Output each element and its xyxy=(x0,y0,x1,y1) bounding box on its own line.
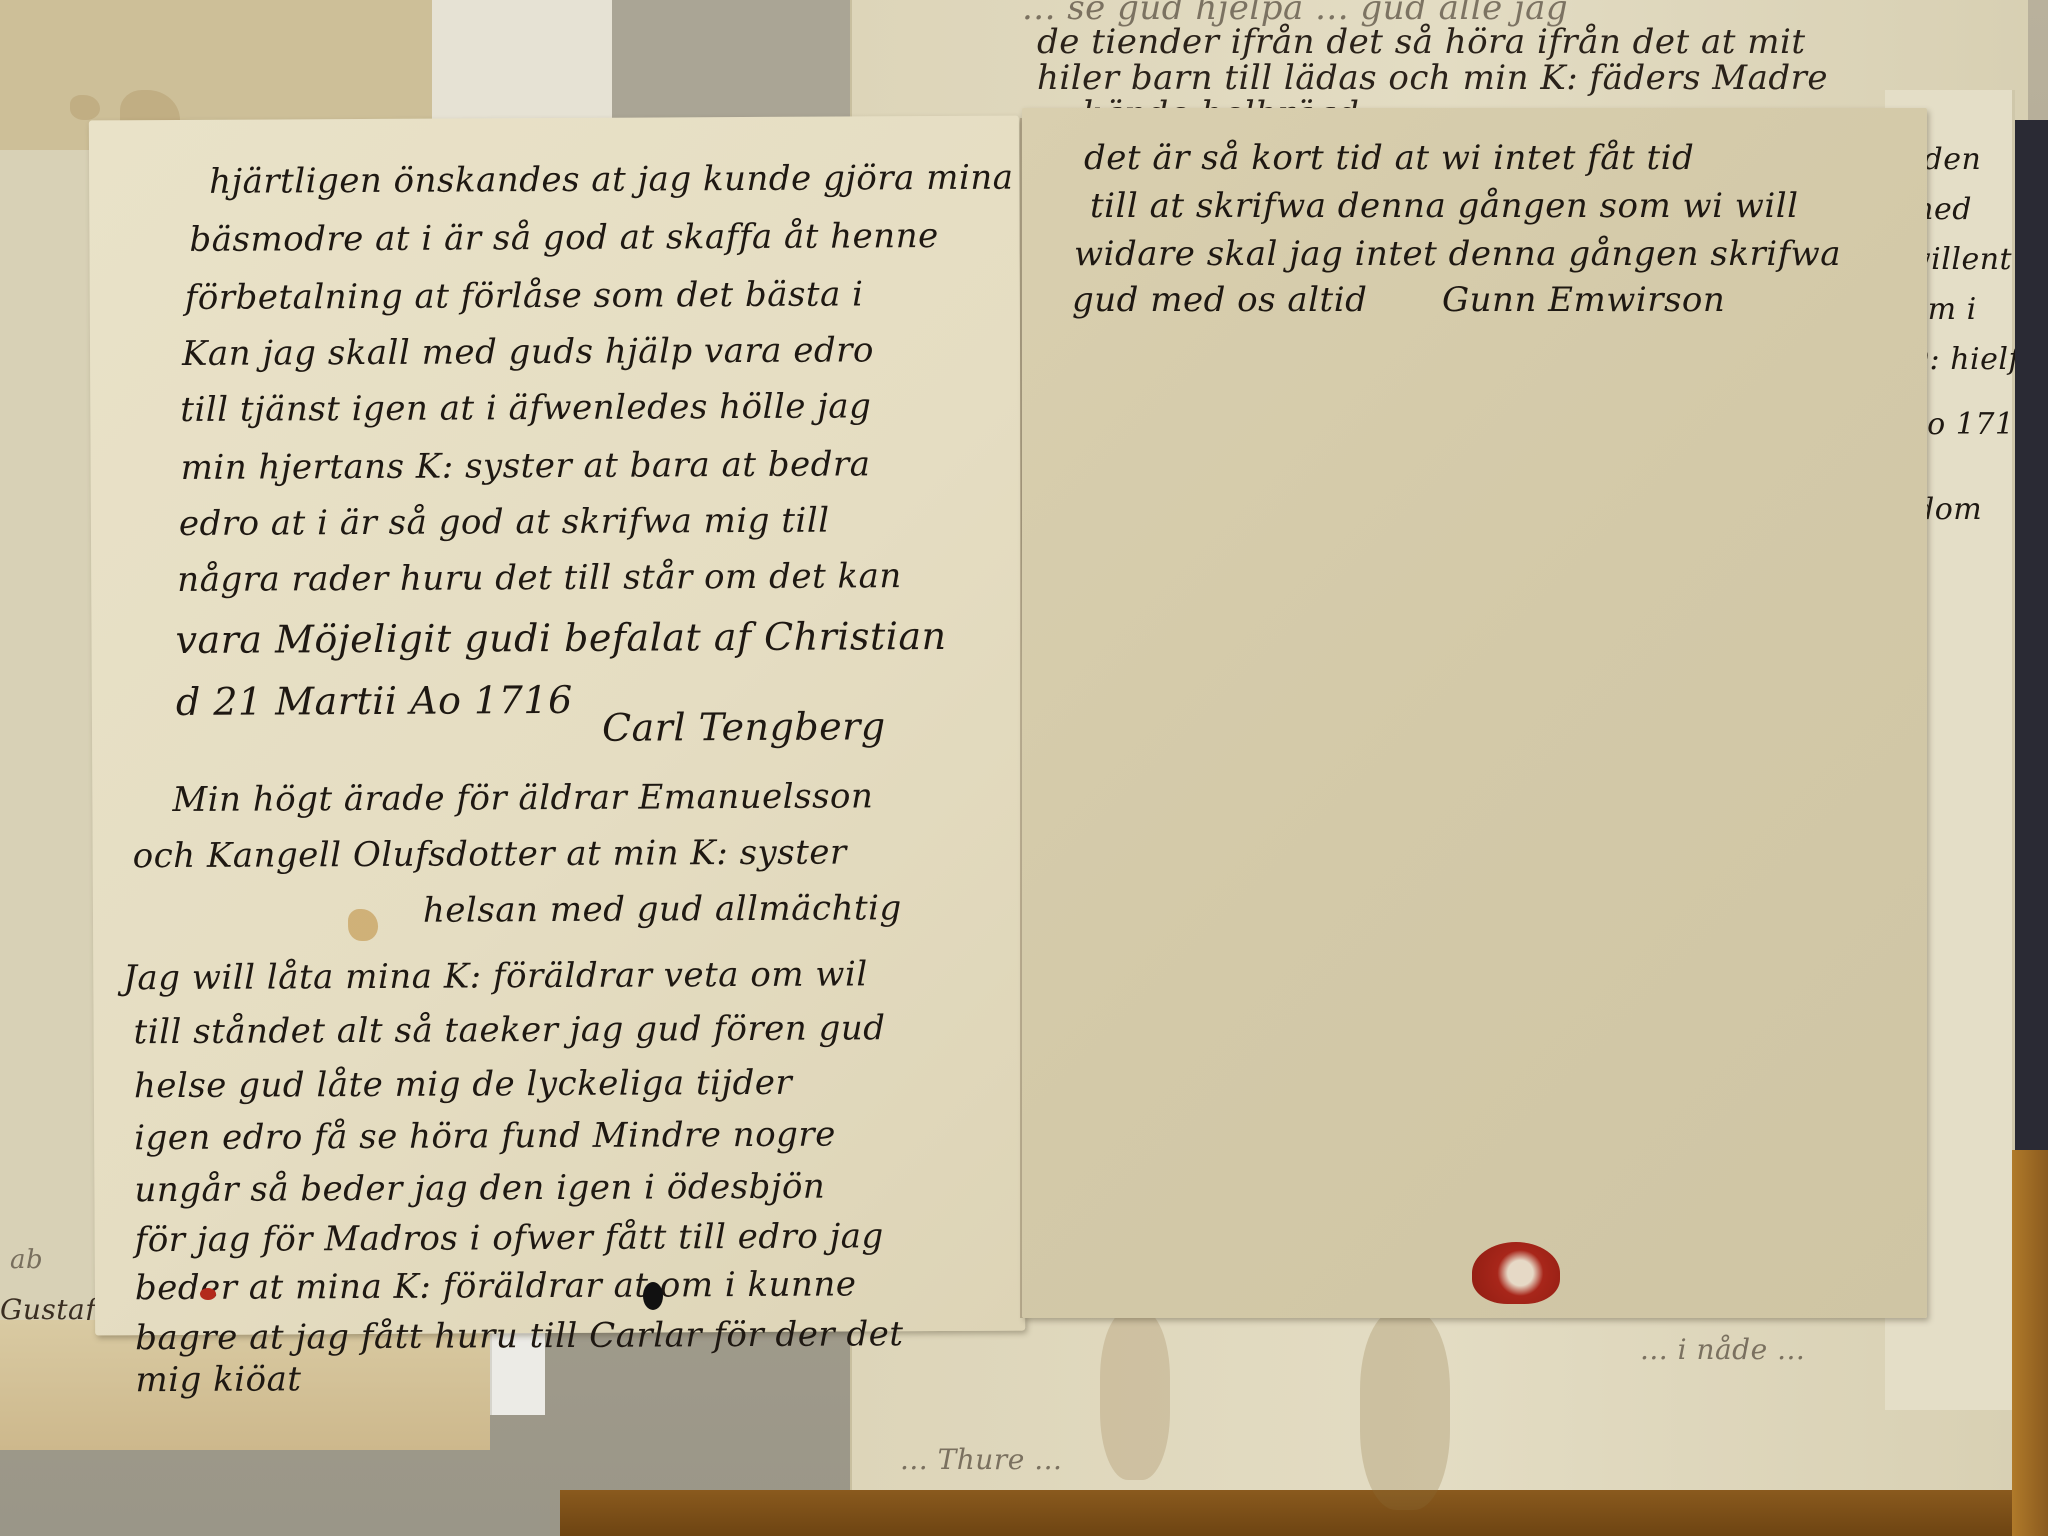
letter-line: några rader huru det till står om det ka… xyxy=(177,556,902,600)
letter-left-page: hjärtligen önskandes at jag kunde gjöra … xyxy=(89,116,1025,1336)
letter-line: igen edro få se höra fund Mindre nogre xyxy=(134,1115,836,1159)
letter-line: bäsmodre at i är så god at skaffa åt hen… xyxy=(189,216,938,260)
letter-line: gud med os altid xyxy=(1072,280,1367,320)
letter-line: Jag will låta mina K: föräldrar veta om … xyxy=(123,954,868,998)
background-gap xyxy=(612,0,852,125)
underlying-line: hiler barn till lädas och min K: fäders … xyxy=(1037,58,1828,98)
dark-background-edge xyxy=(2015,120,2048,1170)
address-line: och Kangell Olufsdotter at min K: syster xyxy=(133,832,847,876)
address-line: Min högt ärade för äldrar Emanuelsson xyxy=(172,776,873,820)
signature: Gunn Emwirson xyxy=(1442,280,1725,320)
red-wax-seal xyxy=(1472,1242,1560,1304)
letter-line: mig kiöat xyxy=(135,1359,301,1400)
underlying-faint-text: ... i nåde ... xyxy=(1640,1330,1805,1370)
underlying-faint-text: ... Thure ... xyxy=(900,1440,1062,1480)
letter-line: till tjänst igen at i äfwenledes hölle j… xyxy=(180,386,871,430)
letter-line: det är så kort tid at wi intet fåt tid xyxy=(1084,138,1694,178)
signature: Carl Tengberg xyxy=(602,706,886,747)
address-line: helsan med gud allmächtig xyxy=(423,888,902,931)
letter-line: bagre at jag fått huru till Carlar för d… xyxy=(135,1314,903,1358)
letter-line: min hjertans K: syster at bara at bedra xyxy=(181,444,871,488)
letter-line: förbetalning at förlåse som det bästa i xyxy=(185,274,864,318)
letter-line: till at skrifwa denna gången som wi will xyxy=(1090,186,1799,226)
wooden-table-edge-right xyxy=(2012,1150,2048,1536)
letter-line: helse gud låte mig de lyckeliga tijder xyxy=(134,1063,792,1106)
letter-line: för jag för Madros i ofwer fått till edr… xyxy=(135,1216,884,1260)
letter-line: Kan jag skall med guds hjälp vara edro xyxy=(182,330,874,374)
water-stain xyxy=(1100,1310,1170,1480)
underlying-line: de tiender ifrån det så höra ifrån det a… xyxy=(1037,22,1806,62)
ink-blot xyxy=(643,1282,663,1310)
letter-right-page: det är så kort tid at wi intet fåt tid t… xyxy=(1022,108,1927,1318)
wooden-table-edge xyxy=(560,1490,2048,1536)
margin-fragment: ab xyxy=(10,1240,43,1280)
letter-line: vara Möjeligit gudi befalat af Christian xyxy=(175,616,946,660)
letter-line: beder at mina K: föräldrar at om i kunne xyxy=(135,1264,857,1308)
letter-line: ungår så beder jag den igen i ödesbjön xyxy=(134,1167,825,1211)
letter-line: till ståndet alt så taeker jag gud fören… xyxy=(133,1008,885,1052)
letter-line: hjärtligen önskandes at jag kunde gjöra … xyxy=(209,157,1109,202)
red-wax-dot xyxy=(200,1288,216,1300)
letter-line: widare skal jag intet denna gången skrif… xyxy=(1074,234,1841,274)
date-line: d 21 Martii Ao 1716 xyxy=(176,680,573,722)
letter-line: edro at i är så god at skrifwa mig till xyxy=(179,501,830,544)
water-stain xyxy=(1360,1310,1450,1510)
